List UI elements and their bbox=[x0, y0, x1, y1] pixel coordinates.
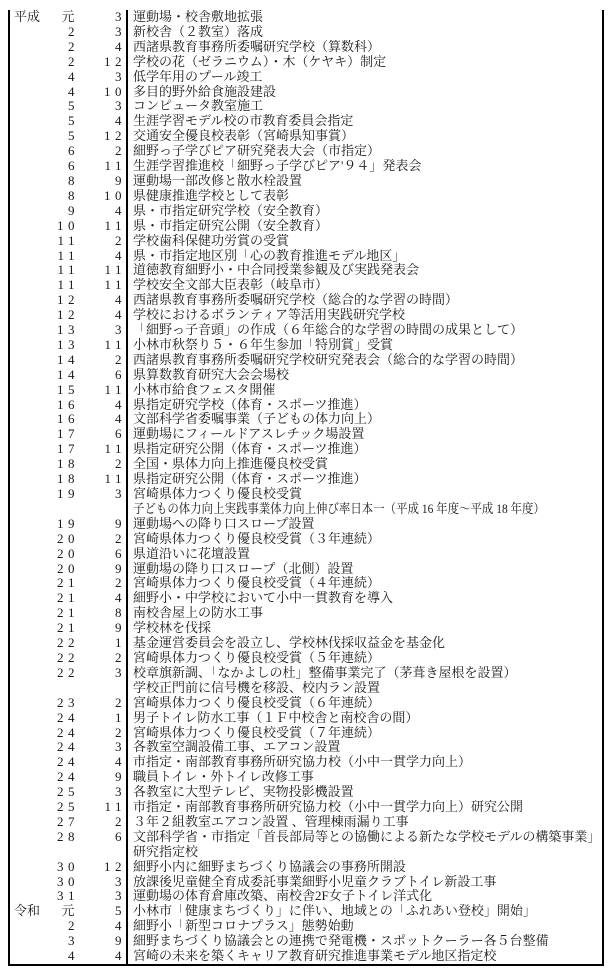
event-text: 県健康推進学校として表彰 bbox=[133, 189, 289, 203]
year-value: 25 bbox=[42, 800, 79, 815]
table-row: 21 2 宮崎県体力つくり優良校受賞（４年連続） bbox=[10, 576, 602, 591]
event-text: 交通安全優良校表彰（宮崎県知事賞） bbox=[133, 129, 354, 143]
event-text: 道徳教育細野小・中合同授業参観及び実践発表会 bbox=[133, 263, 419, 277]
event-text: 宮崎県体力つくり優良校受賞（４年連続） bbox=[133, 576, 380, 590]
table-row: 11 11 学校安全文部大臣表彰（岐阜市） bbox=[10, 278, 602, 293]
event-description: 低学年用のプール竣工 bbox=[126, 70, 602, 85]
event-description: 細野小内に細野まちづくり協議会の事務所開設 bbox=[126, 860, 602, 875]
event-description: 宮崎県体力つくり優良校受賞（７年連続） bbox=[126, 726, 602, 741]
month-value: 4 bbox=[79, 755, 126, 770]
event-description: ３年２組教室エアコン設置 、管理棟雨漏り工事 bbox=[126, 815, 602, 830]
table-row: 2 4 西諸県教育事務所委嘱研究学校（算数科） bbox=[10, 40, 602, 55]
event-text: 各教室空調設備工事、エアコン設置 bbox=[133, 740, 340, 754]
event-description: 各教室に大型テレビ、実物投影機設置 bbox=[126, 785, 602, 800]
table-row: 15 11 小林市給食フェスタ開催 bbox=[10, 383, 602, 398]
table-row: 11 11 道徳教育細野小・中合同授業参観及び実践発表会 bbox=[10, 263, 602, 278]
event-description: 南校舎屋上の防水工事 bbox=[126, 606, 602, 621]
month-value: 4 bbox=[79, 919, 126, 934]
event-text: 宮崎県体力つくり優良校受賞（６年連続） bbox=[133, 696, 380, 710]
year-value: 5 bbox=[42, 99, 79, 114]
event-text: 西諸県教育事務所委嘱研究学校研究発表会（総合的な学習の時間） bbox=[133, 353, 523, 367]
event-text: 生涯学習モデル校の市教育委員会指定 bbox=[133, 114, 353, 128]
year-value: 5 bbox=[42, 129, 79, 144]
table-row: 13 3 「細野っ子音頭」の作成（６年総合的な学習の時間の成果として） bbox=[10, 323, 602, 338]
month-value: 2 bbox=[79, 576, 126, 591]
event-text: 細野っ子学びピア研究発表大会（市指定） bbox=[133, 144, 380, 158]
year-value: 6 bbox=[42, 159, 79, 174]
event-description: 宮崎県体力つくり優良校受賞（６年連続） bbox=[126, 696, 602, 711]
event-description: 県指定研究学校（体育・スポーツ推進） bbox=[126, 398, 602, 413]
year-value: 25 bbox=[42, 785, 79, 800]
event-description: 県道沿いに花壇設置 bbox=[126, 547, 602, 562]
month-value: 1 bbox=[79, 636, 126, 651]
year-value: 16 bbox=[42, 398, 79, 413]
event-text: 細野まちづくり協議会との連携で発電機・スポットクーラー各５台整備 bbox=[133, 934, 549, 948]
table-row: 25 11 市指定・南部教育事務所研究協力校（小中一貫学力向上）研究公開 bbox=[10, 800, 602, 815]
event-text: 小林市給食フェスタ開催 bbox=[133, 383, 275, 397]
table-row: 13 11 小林市秋祭り５・６年生参加「特別賞」受賞 bbox=[10, 338, 602, 353]
month-value: 11 bbox=[79, 472, 126, 487]
year-value: 17 bbox=[42, 442, 79, 457]
event-text: 運動場一部改修と散水栓設置 bbox=[133, 174, 302, 188]
event-text: 細野小・中学校において小中一貫教育を導入 bbox=[133, 591, 393, 605]
year-value: 4 bbox=[42, 85, 79, 100]
table-row: 24 3 各教室空調設備工事、エアコン設置 bbox=[10, 740, 602, 755]
table-row: 18 11 県指定研究公開（体育・スポーツ推進） bbox=[10, 472, 602, 487]
year-value: 20 bbox=[42, 562, 79, 577]
year-value: 8 bbox=[42, 174, 79, 189]
table-row: 16 4 文部科学省委嘱事業（子どもの体力向上） bbox=[10, 412, 602, 427]
event-text: 運動場の降り口スロープ（北側）設置 bbox=[133, 562, 353, 576]
year-value: 5 bbox=[42, 114, 79, 129]
event-text: コンピュータ教室施工 bbox=[133, 99, 263, 113]
month-value: 4 bbox=[79, 308, 126, 323]
event-description: 職員トイレ・外トイレ改修工事 bbox=[126, 770, 602, 785]
event-text: 県指定研究学校（体育・スポーツ推進） bbox=[133, 398, 366, 412]
year-value: 15 bbox=[42, 383, 79, 398]
month-value: 4 bbox=[79, 40, 126, 55]
table-row: 14 2 西諸県教育事務所委嘱研究学校研究発表会（総合的な学習の時間） bbox=[10, 353, 602, 368]
month-value: 3 bbox=[79, 70, 126, 85]
year-value: 元 bbox=[42, 10, 79, 25]
event-text: 県指定研究公開（体育・スポーツ推進） bbox=[133, 472, 366, 486]
event-description: 西諸県教育事務所委嘱研究学校（算数科） bbox=[126, 40, 602, 55]
month-value: 4 bbox=[79, 949, 126, 964]
year-value: 12 bbox=[42, 308, 79, 323]
year-value: 21 bbox=[42, 591, 79, 606]
chronology-table: 平成 元 3 運動場・校舎敷地拡張 2 3 新校舎（２教室）落成 2 4 西諸県… bbox=[8, 10, 604, 966]
table-row: 12 4 西諸県教育事務所委嘱研究学校（総合的な学習の時間） bbox=[10, 293, 602, 308]
event-description: 学校安全文部大臣表彰（岐阜市） bbox=[126, 278, 602, 293]
table-row: 10 11 県・市指定研究公開（安全教育） bbox=[10, 219, 602, 234]
table-row: 学校正門前に信号機を移設、校内ラン設置 bbox=[10, 681, 602, 696]
event-text: 多目的野外給食施設建設 bbox=[133, 85, 276, 99]
event-description: コンピュータ教室施工 bbox=[126, 99, 602, 114]
table-row: 27 2 ３年２組教室エアコン設置 、管理棟雨漏り工事 bbox=[10, 815, 602, 830]
month-value: 3 bbox=[79, 740, 126, 755]
month-value: 10 bbox=[79, 189, 126, 204]
event-text: 市指定・南部教育事務所研究協力校（小中一貫学力向上） bbox=[133, 755, 471, 769]
year-value: 28 bbox=[42, 830, 79, 845]
year-value: 20 bbox=[42, 547, 79, 562]
table-row: 11 4 県・市指定地区別「心の教育推進モデル地区」 bbox=[10, 249, 602, 264]
month-value: 2 bbox=[79, 651, 126, 666]
event-description: 生涯学習推進校「細野っ子学びピア'９４」発表会 bbox=[126, 159, 602, 174]
event-description: 多目的野外給食施設建設 bbox=[126, 85, 602, 100]
table-row: 24 2 宮崎県体力つくり優良校受賞（７年連続） bbox=[10, 726, 602, 741]
event-description: 運動場・校舎敷地拡張 bbox=[126, 10, 602, 25]
month-value: 5 bbox=[79, 904, 126, 919]
event-text: 小林市秋祭り５・６年生参加「特別賞」受賞 bbox=[133, 338, 393, 352]
table-row: 24 9 職員トイレ・外トイレ改修工事 bbox=[10, 770, 602, 785]
month-value: 4 bbox=[79, 249, 126, 264]
year-value: 24 bbox=[42, 740, 79, 755]
year-value: 14 bbox=[42, 353, 79, 368]
year-value: 31 bbox=[42, 889, 79, 904]
event-description: 宮崎の未来を築くキャリア教育研究推進事業モデル地区指定校 bbox=[126, 949, 602, 964]
event-text: 校章旗新調、「なかよしの杜」整備事業完了（茅葺き屋根を設置） bbox=[133, 666, 517, 680]
table-row: 14 6 県算数教育研究大会会場校 bbox=[10, 368, 602, 383]
event-text: 南校舎屋上の防水工事 bbox=[133, 606, 263, 620]
event-text: 宮崎県体力つくり優良校受賞（５年連続） bbox=[133, 651, 380, 665]
year-value: 21 bbox=[42, 621, 79, 636]
table-row: 22 2 宮崎県体力つくり優良校受賞（５年連続） bbox=[10, 651, 602, 666]
event-description: 西諸県教育事務所委嘱研究学校研究発表会（総合的な学習の時間） bbox=[126, 353, 602, 368]
year-value: 2 bbox=[42, 919, 79, 934]
event-description: 細野小・中学校において小中一貫教育を導入 bbox=[126, 591, 602, 606]
table-row: 25 3 各教室に大型テレビ、実物投影機設置 bbox=[10, 785, 602, 800]
event-description: 基金運営委員会を設立し、学校林伐採収益金を基金化 bbox=[126, 636, 602, 651]
month-value: 3 bbox=[79, 323, 126, 338]
event-text: 運動場・校舎敷地拡張 bbox=[133, 10, 263, 24]
table-row: 20 6 県道沿いに花壇設置 bbox=[10, 547, 602, 562]
event-description: 学校におけるボランティア等活用実践研究学校 bbox=[126, 308, 602, 323]
event-description: 運動場一部改修と散水栓設置 bbox=[126, 174, 602, 189]
event-text: 子どもの体力向上実践事業体力向上伸び率日本一（平成 16 年度～平成 18 年度… bbox=[133, 502, 545, 517]
event-text: 運動場にフィールドアスレチック場設置 bbox=[133, 427, 364, 441]
table-row: 5 12 交通安全優良校表彰（宮崎県知事賞） bbox=[10, 129, 602, 144]
event-description: 全国・県体力向上推進優良校受賞 bbox=[126, 457, 602, 472]
year-value: 11 bbox=[42, 249, 79, 264]
table-row: 16 4 県指定研究学校（体育・スポーツ推進） bbox=[10, 398, 602, 413]
month-value: 4 bbox=[79, 293, 126, 308]
month-value: 9 bbox=[79, 174, 126, 189]
month-value: 9 bbox=[79, 562, 126, 577]
event-description: 細野っ子学びピア研究発表大会（市指定） bbox=[126, 144, 602, 159]
event-description: 学校歯科保健功労賞の受賞 bbox=[126, 234, 602, 249]
month-value: 9 bbox=[79, 934, 126, 949]
table-row: 20 9 運動場の降り口スロープ（北側）設置 bbox=[10, 562, 602, 577]
event-text: 生涯学習推進校「細野っ子学びピア'９４」発表会 bbox=[133, 159, 421, 173]
month-value: 1 bbox=[79, 711, 126, 726]
month-value: 11 bbox=[79, 442, 126, 457]
year-value: 2 bbox=[42, 55, 79, 70]
event-text: 学校林を伐採 bbox=[133, 621, 211, 635]
year-value: 12 bbox=[42, 293, 79, 308]
event-description: 運動場の体育倉庫改築、南校舎2F女子トイレ洋式化 bbox=[126, 889, 602, 904]
year-value: 2 bbox=[42, 25, 79, 40]
event-text: 宮崎の未来を築くキャリア教育研究推進事業モデル地区指定校 bbox=[133, 949, 496, 963]
year-value: 30 bbox=[42, 875, 79, 890]
table-row: 19 9 運動場への降り口スロープ設置 bbox=[10, 517, 602, 532]
event-text: 県・市指定研究公開（安全教育） bbox=[133, 219, 328, 233]
table-row: 17 6 運動場にフィールドアスレチック場設置 bbox=[10, 427, 602, 442]
month-value: 4 bbox=[79, 204, 126, 219]
event-text: 宮崎県体力つくり優良校受賞（３年連続） bbox=[133, 532, 380, 546]
table-row: 5 4 生涯学習モデル校の市教育委員会指定 bbox=[10, 114, 602, 129]
month-value: 9 bbox=[79, 621, 126, 636]
event-description: 宮崎県体力つくり優良校受賞（５年連続） bbox=[126, 651, 602, 666]
month-value: 6 bbox=[79, 368, 126, 383]
event-text: 細野小「新型コロナプラス」態勢始動 bbox=[133, 919, 354, 933]
year-value: 11 bbox=[42, 234, 79, 249]
year-value: 24 bbox=[42, 755, 79, 770]
event-description: 文部科学省・市指定「首長部局等との協働による新たな学校モデルの構築事業」研究指定… bbox=[126, 830, 602, 860]
event-description: 市指定・南部教育事務所研究協力校（小中一貫学力向上） bbox=[126, 755, 602, 770]
table-row: 18 2 全国・県体力向上推進優良校受賞 bbox=[10, 457, 602, 472]
month-value: 3 bbox=[79, 785, 126, 800]
year-value: 22 bbox=[42, 651, 79, 666]
event-description: 市指定・南部教育事務所研究協力校（小中一貫学力向上）研究公開 bbox=[126, 800, 602, 815]
event-description: 子どもの体力向上実践事業体力向上伸び率日本一（平成 16 年度～平成 18 年度… bbox=[126, 502, 602, 517]
event-description: 宮崎県体力つくり優良校受賞（３年連続） bbox=[126, 532, 602, 547]
event-text: 学校歯科保健功労賞の受賞 bbox=[133, 234, 289, 248]
event-text: 各教室に大型テレビ、実物投影機設置 bbox=[133, 785, 354, 799]
table-row: 8 9 運動場一部改修と散水栓設置 bbox=[10, 174, 602, 189]
month-value: 3 bbox=[79, 487, 126, 502]
event-description: 放課後児童健全育成委託事業細野小児童クラブトイレ新設工事 bbox=[126, 875, 602, 890]
year-value: 20 bbox=[42, 532, 79, 547]
event-description: 小林市給食フェスタ開催 bbox=[126, 383, 602, 398]
table-row: 28 6 文部科学省・市指定「首長部局等との協働による新たな学校モデルの構築事業… bbox=[10, 830, 602, 860]
month-value: 8 bbox=[79, 606, 126, 621]
month-value: 3 bbox=[79, 875, 126, 890]
year-value: 8 bbox=[42, 189, 79, 204]
event-text: 県・市指定地区別「心の教育推進モデル地区」 bbox=[133, 249, 405, 263]
event-description: 県・市指定地区別「心の教育推進モデル地区」 bbox=[126, 249, 602, 264]
table-row: 30 12 細野小内に細野まちづくり協議会の事務所開設 bbox=[10, 860, 602, 875]
event-text: 基金運営委員会を設立し、学校林伐採収益金を基金化 bbox=[133, 636, 445, 650]
month-value: 6 bbox=[79, 547, 126, 562]
month-value: 6 bbox=[79, 830, 126, 845]
year-value: 27 bbox=[42, 815, 79, 830]
event-description: 生涯学習モデル校の市教育委員会指定 bbox=[126, 114, 602, 129]
table-row: 17 11 県指定研究公開（体育・スポーツ推進） bbox=[10, 442, 602, 457]
event-description: 県指定研究公開（体育・スポーツ推進） bbox=[126, 472, 602, 487]
event-text: 西諸県教育事務所委嘱研究学校（算数科） bbox=[133, 40, 380, 54]
table-row: 11 2 学校歯科保健功労賞の受賞 bbox=[10, 234, 602, 249]
year-value: 21 bbox=[42, 606, 79, 621]
month-value: 11 bbox=[79, 383, 126, 398]
year-value: 24 bbox=[42, 711, 79, 726]
year-value: 17 bbox=[42, 427, 79, 442]
month-value: 2 bbox=[79, 234, 126, 249]
year-value: 6 bbox=[42, 144, 79, 159]
month-value: 3 bbox=[79, 889, 126, 904]
year-value: 22 bbox=[42, 636, 79, 651]
month-value: 2 bbox=[79, 532, 126, 547]
month-value: 11 bbox=[79, 800, 126, 815]
year-value: 16 bbox=[42, 412, 79, 427]
event-text: 学校の花（ゼラニウム）・木（ケヤキ）制定 bbox=[133, 55, 386, 69]
event-description: 県健康推進学校として表彰 bbox=[126, 189, 602, 204]
event-description: 道徳教育細野小・中合同授業参観及び実践発表会 bbox=[126, 263, 602, 278]
month-value: 4 bbox=[79, 114, 126, 129]
table-row: 6 11 生涯学習推進校「細野っ子学びピア'９４」発表会 bbox=[10, 159, 602, 174]
table-row: 8 10 県健康推進学校として表彰 bbox=[10, 189, 602, 204]
event-text: 県道沿いに花壇設置 bbox=[133, 547, 250, 561]
table-row: 30 3 放課後児童健全育成委託事業細野小児童クラブトイレ新設工事 bbox=[10, 875, 602, 890]
event-description: 学校正門前に信号機を移設、校内ラン設置 bbox=[126, 681, 602, 696]
month-value: 12 bbox=[79, 129, 126, 144]
event-description: 細野小「新型コロナプラス」態勢始動 bbox=[126, 919, 602, 934]
event-description: 運動場の降り口スロープ（北側）設置 bbox=[126, 562, 602, 577]
event-text: 細野小内に細野まちづくり協議会の事務所開設 bbox=[133, 860, 406, 874]
month-value: 11 bbox=[79, 219, 126, 234]
table-row: 2 3 新校舎（２教室）落成 bbox=[10, 25, 602, 40]
event-description: 県算数教育研究大会会場校 bbox=[126, 368, 602, 383]
month-value: 11 bbox=[79, 338, 126, 353]
year-value: 22 bbox=[42, 666, 79, 681]
table-row: 6 2 細野っ子学びピア研究発表大会（市指定） bbox=[10, 144, 602, 159]
month-value: 12 bbox=[79, 860, 126, 875]
event-text: 文部科学省・市指定「首長部局等との協働による新たな学校モデルの構築事業」研究指定… bbox=[133, 829, 594, 859]
year-value: 4 bbox=[42, 949, 79, 964]
event-text: 文部科学省委嘱事業（子どもの体力向上） bbox=[133, 412, 380, 426]
era-label: 令和 bbox=[10, 904, 42, 919]
event-description: 運動場への降り口スロープ設置 bbox=[126, 517, 602, 532]
year-value: 18 bbox=[42, 472, 79, 487]
event-text: 男子トイレ防水工事（１Ｆ中校舎と南校舎の間） bbox=[133, 711, 418, 725]
month-value: 3 bbox=[79, 666, 126, 681]
event-description: 校章旗新調、「なかよしの杜」整備事業完了（茅葺き屋根を設置） bbox=[126, 666, 602, 681]
table-row: 3 9 細野まちづくり協議会との連携で発電機・スポットクーラー各５台整備 bbox=[10, 934, 602, 949]
event-description: 男子トイレ防水工事（１Ｆ中校舎と南校舎の間） bbox=[126, 711, 602, 726]
year-value: 13 bbox=[42, 323, 79, 338]
event-description: 宮崎県体力つくり優良校受賞 bbox=[126, 487, 602, 502]
event-text: 学校におけるボランティア等活用実践研究学校 bbox=[133, 308, 405, 322]
event-description: 県指定研究公開（体育・スポーツ推進） bbox=[126, 442, 602, 457]
month-value: 2 bbox=[79, 353, 126, 368]
year-value: 3 bbox=[42, 934, 79, 949]
year-value: 23 bbox=[42, 696, 79, 711]
month-value: 3 bbox=[79, 99, 126, 114]
table-row: 4 3 低学年用のプール竣工 bbox=[10, 70, 602, 85]
table-row: 4 4 宮崎の未来を築くキャリア教育研究推進事業モデル地区指定校 bbox=[10, 949, 602, 964]
event-text: 学校安全文部大臣表彰（岐阜市） bbox=[133, 278, 328, 292]
month-value: 9 bbox=[79, 770, 126, 785]
event-description: 運動場にフィールドアスレチック場設置 bbox=[126, 427, 602, 442]
event-text: 運動場への降り口スロープ設置 bbox=[133, 517, 314, 531]
event-description: 細野まちづくり協議会との連携で発電機・スポットクーラー各５台整備 bbox=[126, 934, 602, 949]
event-text: 職員トイレ・外トイレ改修工事 bbox=[133, 770, 314, 784]
table-row: 24 4 市指定・南部教育事務所研究協力校（小中一貫学力向上） bbox=[10, 755, 602, 770]
event-description: 県・市指定研究学校（安全教育） bbox=[126, 204, 602, 219]
year-value: 11 bbox=[42, 263, 79, 278]
month-value: 10 bbox=[79, 85, 126, 100]
table-row: 22 1 基金運営委員会を設立し、学校林伐採収益金を基金化 bbox=[10, 636, 602, 651]
month-value: 2 bbox=[79, 144, 126, 159]
table-row: 平成 元 3 運動場・校舎敷地拡張 bbox=[10, 10, 602, 25]
event-description: 小林市「健康まちづくり」に伴い、地域との「ふれあい登校」開始」 bbox=[126, 904, 602, 919]
table-row: 21 4 細野小・中学校において小中一貫教育を導入 bbox=[10, 591, 602, 606]
month-value: 4 bbox=[79, 398, 126, 413]
year-value: 2 bbox=[42, 40, 79, 55]
event-text: 県指定研究公開（体育・スポーツ推進） bbox=[133, 442, 366, 456]
year-value: 4 bbox=[42, 70, 79, 85]
month-value: 4 bbox=[79, 591, 126, 606]
year-value: 11 bbox=[42, 278, 79, 293]
event-text: 宮崎県体力つくり優良校受賞（７年連続） bbox=[133, 726, 380, 740]
year-value: 19 bbox=[42, 517, 79, 532]
era-label: 平成 bbox=[10, 10, 42, 25]
month-value: 9 bbox=[79, 517, 126, 532]
event-text: 西諸県教育事務所委嘱研究学校（総合的な学習の時間） bbox=[133, 293, 458, 307]
table-row: 令和 元 5 小林市「健康まちづくり」に伴い、地域との「ふれあい登校」開始」 bbox=[10, 904, 602, 919]
event-text: 市指定・南部教育事務所研究協力校（小中一貫学力向上）研究公開 bbox=[133, 800, 523, 814]
event-description: 学校林を伐採 bbox=[126, 621, 602, 636]
event-description: 文部科学省委嘱事業（子どもの体力向上） bbox=[126, 412, 602, 427]
event-text: 「細野っ子音頭」の作成（６年総合的な学習の時間の成果として） bbox=[133, 323, 523, 337]
year-value: 14 bbox=[42, 368, 79, 383]
event-description: 県・市指定研究公開（安全教育） bbox=[126, 219, 602, 234]
month-value: 2 bbox=[79, 815, 126, 830]
month-value: 6 bbox=[79, 427, 126, 442]
year-value: 24 bbox=[42, 770, 79, 785]
event-description: 宮崎県体力つくり優良校受賞（４年連続） bbox=[126, 576, 602, 591]
table-row: 21 9 学校林を伐採 bbox=[10, 621, 602, 636]
month-value: 11 bbox=[79, 263, 126, 278]
month-value: 3 bbox=[79, 10, 126, 25]
month-value: 11 bbox=[79, 278, 126, 293]
year-value: 19 bbox=[42, 487, 79, 502]
month-value: 2 bbox=[79, 696, 126, 711]
year-value: 30 bbox=[42, 860, 79, 875]
table-row: 22 3 校章旗新調、「なかよしの杜」整備事業完了（茅葺き屋根を設置） bbox=[10, 666, 602, 681]
event-description: 小林市秋祭り５・６年生参加「特別賞」受賞 bbox=[126, 338, 602, 353]
table-row: 5 3 コンピュータ教室施工 bbox=[10, 99, 602, 114]
month-value: 12 bbox=[79, 55, 126, 70]
event-description: 各教室空調設備工事、エアコン設置 bbox=[126, 740, 602, 755]
table-row: 31 3 運動場の体育倉庫改築、南校舎2F女子トイレ洋式化 bbox=[10, 889, 602, 904]
month-value: 2 bbox=[79, 457, 126, 472]
table-row: 4 10 多目的野外給食施設建設 bbox=[10, 85, 602, 100]
table-row: 子どもの体力向上実践事業体力向上伸び率日本一（平成 16 年度～平成 18 年度… bbox=[10, 502, 602, 517]
year-value: 18 bbox=[42, 457, 79, 472]
table-row: 21 8 南校舎屋上の防水工事 bbox=[10, 606, 602, 621]
year-value: 10 bbox=[42, 219, 79, 234]
year-value: 24 bbox=[42, 726, 79, 741]
table-row: 19 3 宮崎県体力つくり優良校受賞 bbox=[10, 487, 602, 502]
table-row: 2 4 細野小「新型コロナプラス」態勢始動 bbox=[10, 919, 602, 934]
year-value: 21 bbox=[42, 576, 79, 591]
event-text: 学校正門前に信号機を移設、校内ラン設置 bbox=[133, 681, 380, 695]
event-description: 「細野っ子音頭」の作成（６年総合的な学習の時間の成果として） bbox=[126, 323, 602, 338]
event-text: 運動場の体育倉庫改築、南校舎2F女子トイレ洋式化 bbox=[133, 889, 432, 903]
event-description: 西諸県教育事務所委嘱研究学校（総合的な学習の時間） bbox=[126, 293, 602, 308]
event-text: 全国・県体力向上推進優良校受賞 bbox=[133, 457, 328, 471]
event-description: 学校の花（ゼラニウム）・木（ケヤキ）制定 bbox=[126, 55, 602, 70]
month-value: 4 bbox=[79, 412, 126, 427]
event-text: 県・市指定研究学校（安全教育） bbox=[133, 204, 328, 218]
year-value: 元 bbox=[42, 904, 79, 919]
event-text: ３年２組教室エアコン設置 、管理棟雨漏り工事 bbox=[133, 815, 409, 829]
month-value: 11 bbox=[79, 159, 126, 174]
event-text: 低学年用のプール竣工 bbox=[133, 70, 262, 84]
month-value: 2 bbox=[79, 726, 126, 741]
table-row: 20 2 宮崎県体力つくり優良校受賞（３年連続） bbox=[10, 532, 602, 547]
event-text: 宮崎県体力つくり優良校受賞 bbox=[133, 487, 302, 501]
